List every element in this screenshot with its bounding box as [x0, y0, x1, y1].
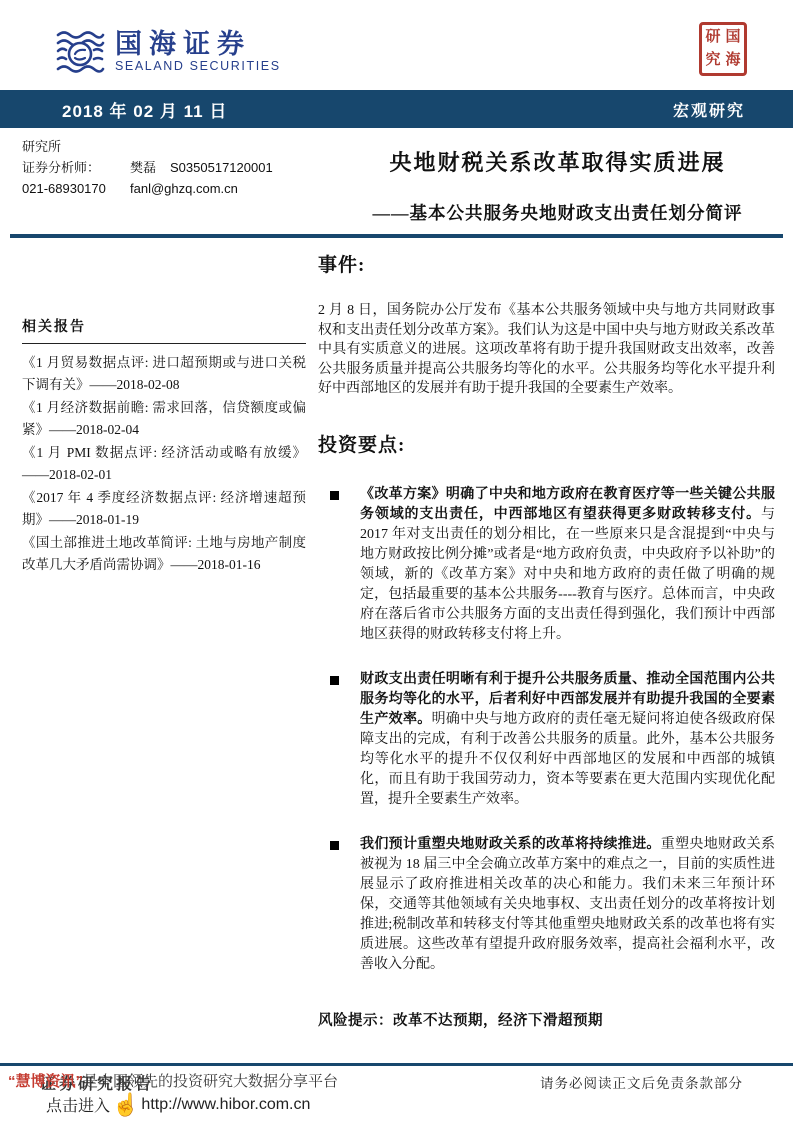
- bullet-rest: 与 2017 年对支出责任的划分相比，在一些原来只是含混提到“中央与地方财政按比…: [360, 507, 775, 642]
- related-reports-list: 《1 月贸易数据点评: 进口超预期或与进口关税下调有关》——2018-02-08…: [22, 352, 306, 575]
- pointing-hand-icon: ☝: [112, 1094, 139, 1116]
- contact-row: 021-68930170 fanl@ghzq.com.cn: [22, 178, 312, 199]
- event-heading: 事件:: [318, 250, 775, 277]
- related-report-item: 《2017 年 4 季度经济数据点评: 经济增速超预期》——2018-01-19: [22, 487, 306, 530]
- hibor-watermark: “慧博资讯”是中国领先的投资研究大数据分享平台: [8, 1070, 338, 1091]
- report-subtitle: ——基本公共服务央地财政支出责任划分简评: [335, 200, 780, 225]
- bullet-item: 我们预计重塑央地财政关系的改革将持续推进。重塑央地财政关系被视为 18 届三中全…: [318, 835, 775, 975]
- company-seal-stamp: 研 国 究 海: [699, 22, 747, 76]
- report-title: 央地财税关系改革取得实质进展: [335, 146, 780, 177]
- seal-char: 研: [705, 30, 720, 45]
- wave-logo-icon: [55, 28, 105, 76]
- seal-char: 国: [725, 30, 740, 45]
- risk-warning: 风险提示：改革不达预期，经济下滑超预期: [318, 1009, 775, 1030]
- hibor-brand-text: “慧博资讯”: [8, 1073, 83, 1090]
- bullet-item: 《改革方案》明确了中央和地方政府在教育医疗等一些关键公共服务领域的支出责任，中西…: [318, 485, 775, 645]
- report-date: 2018 年 02 月 11 日: [62, 97, 227, 122]
- bullet-bold-lead: 《改革方案》明确了中央和地方政府在教育医疗等一些关键公共服务领域的支出责任，中西…: [360, 487, 775, 522]
- related-report-item: 《1 月贸易数据点评: 进口超预期或与进口关税下调有关》——2018-02-08: [22, 352, 306, 395]
- seal-char: 海: [725, 53, 740, 68]
- hibor-slogan-text: 是中国领先的投资研究大数据分享平台: [83, 1073, 338, 1090]
- link-prefix-text: 点击进入: [46, 1093, 110, 1116]
- header-divider-line: [10, 234, 783, 238]
- analyst-name: 樊磊: [130, 157, 156, 178]
- dept-row: 研究所: [22, 136, 312, 157]
- analyst-block: 研究所 证券分析师： 樊磊 S0350517120001 021-6893017…: [22, 136, 312, 199]
- main-content: 事件: 2 月 8 日，国务院办公厅发布《基本公共服务领域中央与地方共同财政事权…: [318, 250, 775, 1030]
- footer-divider-line: [0, 1063, 793, 1066]
- title-block: 央地财税关系改革取得实质进展 ——基本公共服务央地财政支出责任划分简评: [335, 146, 780, 225]
- square-bullet-icon: [330, 841, 339, 850]
- company-name-cn: 国海证券: [115, 30, 281, 58]
- bullet-text: 《改革方案》明确了中央和地方政府在教育医疗等一些关键公共服务领域的支出责任，中西…: [360, 485, 775, 645]
- investment-points-heading: 投资要点:: [318, 430, 775, 457]
- analyst-cert-no: S0350517120001: [170, 157, 273, 178]
- header-bar: 2018 年 02 月 11 日 宏观研究: [0, 90, 793, 128]
- related-report-item: 《国土部推进土地改革简评: 土地与房地产制度改革几大矛盾尚需协调》——2018-…: [22, 532, 306, 575]
- bullet-list: 《改革方案》明确了中央和地方政府在教育医疗等一些关键公共服务领域的支出责任，中西…: [318, 485, 775, 975]
- square-bullet-icon: [330, 676, 339, 685]
- analyst-phone: 021-68930170: [22, 178, 130, 199]
- analyst-role-label: 证券分析师：: [22, 157, 130, 178]
- bullet-text: 我们预计重塑央地财政关系的改革将持续推进。重塑央地财政关系被视为 18 届三中全…: [360, 835, 775, 975]
- square-bullet-icon: [330, 491, 339, 500]
- bullet-bold-lead: 我们预计重塑央地财政关系的改革将持续推进。: [360, 837, 661, 852]
- analyst-email: fanl@ghzq.com.cn: [130, 178, 238, 199]
- report-category: 宏观研究: [673, 98, 745, 121]
- bullet-rest: 重塑央地财政关系被视为 18 届三中全会确立改革方案中的难点之一，目前的实质性进…: [360, 837, 775, 972]
- analyst-row: 证券分析师： 樊磊 S0350517120001: [22, 157, 312, 178]
- event-paragraph: 2 月 8 日，国务院办公厅发布《基本公共服务领域中央与地方共同财政事权和支出责…: [318, 301, 775, 399]
- company-name-en: SEALAND SECURITIES: [115, 59, 281, 73]
- company-logo: 国海证券 SEALAND SECURITIES: [55, 28, 281, 76]
- report-page: 国海证券 SEALAND SECURITIES 研 国 究 海 2018 年 0…: [0, 0, 793, 1122]
- related-report-item: 《1 月经济数据前瞻: 需求回落，信贷额度或偏紧》——2018-02-04: [22, 397, 306, 440]
- bullet-item: 财政支出责任明晰有利于提升公共服务质量、推动全国范围内公共服务均等化的水平，后者…: [318, 670, 775, 810]
- related-reports-heading: 相关报告: [22, 316, 306, 344]
- dept-label: 研究所: [22, 136, 61, 157]
- seal-char: 究: [705, 53, 720, 68]
- disclaimer-notice: 请务必阅读正文后免责条款部分: [540, 1072, 743, 1092]
- hibor-link-row: 点击进入 ☝ http://www.hibor.com.cn: [46, 1093, 310, 1116]
- bullet-text: 财政支出责任明晰有利于提升公共服务质量、推动全国范围内公共服务均等化的水平，后者…: [360, 670, 775, 810]
- related-report-item: 《1 月 PMI 数据点评: 经济活动或略有放缓》——2018-02-01: [22, 442, 306, 485]
- hibor-url-link[interactable]: http://www.hibor.com.cn: [141, 1096, 310, 1114]
- related-reports-panel: 相关报告 《1 月贸易数据点评: 进口超预期或与进口关税下调有关》——2018-…: [22, 316, 306, 577]
